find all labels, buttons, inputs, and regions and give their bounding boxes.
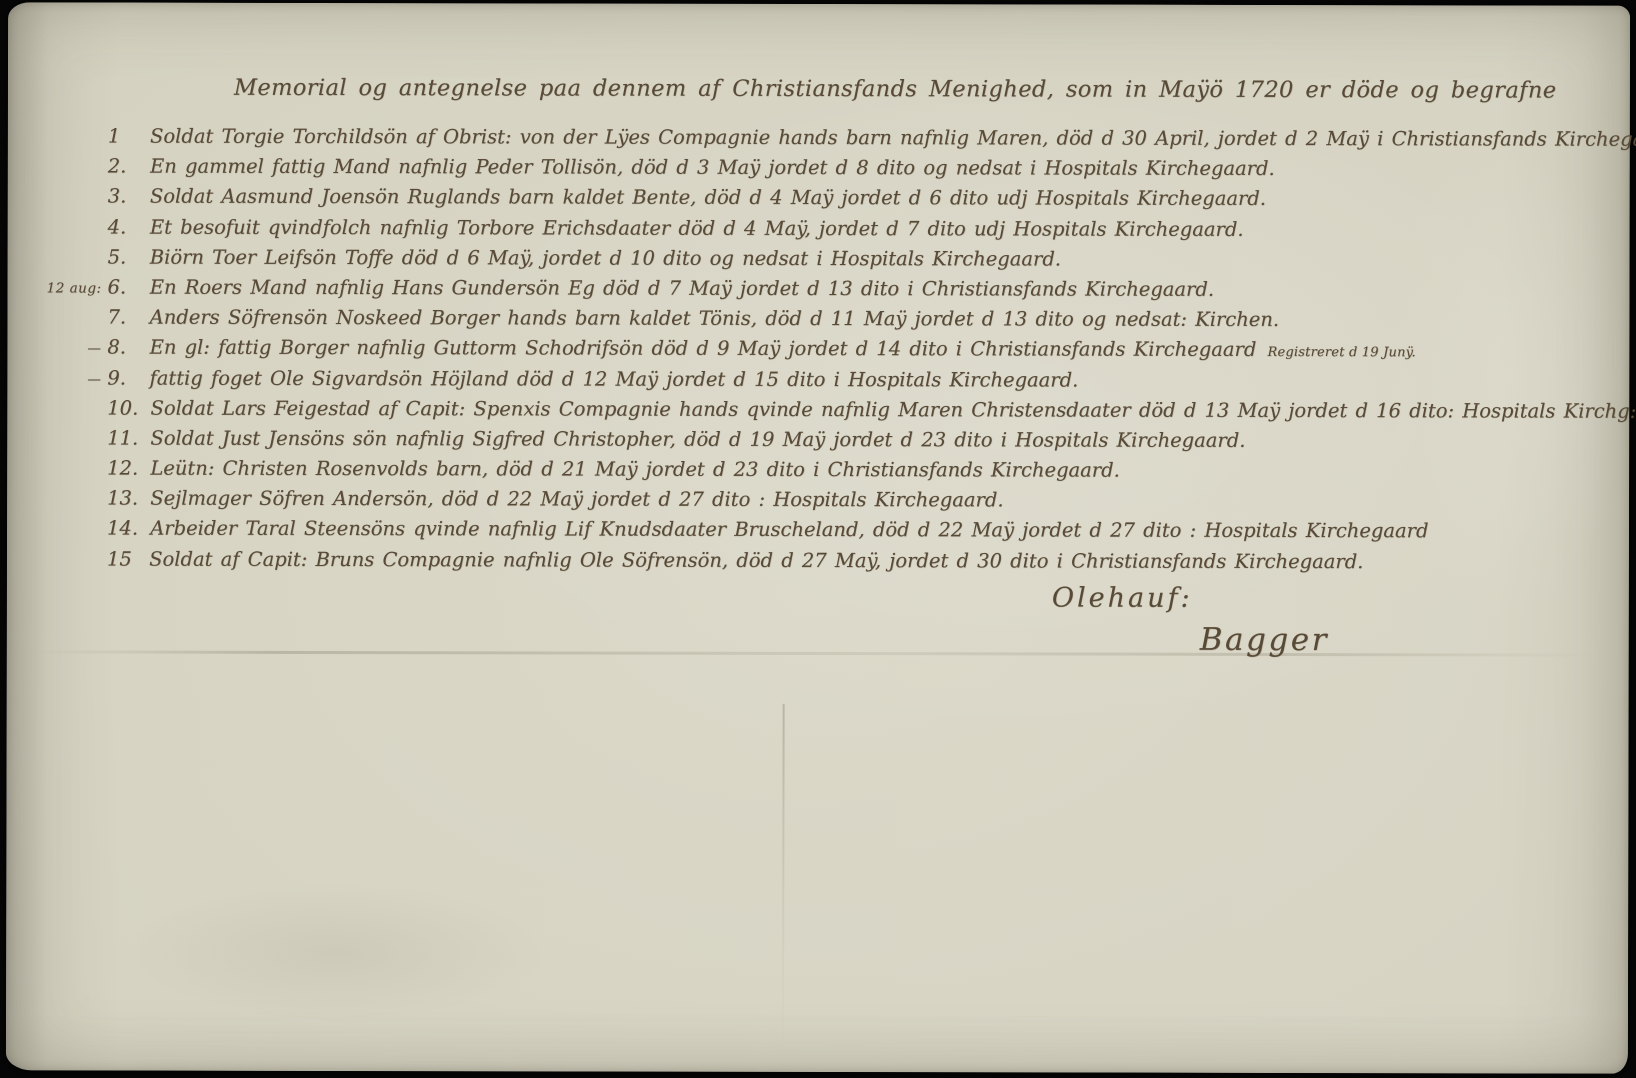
- entry-number: 9.: [107, 363, 137, 393]
- entry-text: Soldat Torgie Torchildsön af Obrist: von…: [150, 125, 1636, 151]
- entry-number: 12.: [107, 454, 138, 484]
- entry-row: 13. Sejlmager Söfren Andersön, död d 22 …: [107, 484, 1636, 517]
- signature-name: Bagger: [1200, 622, 1329, 658]
- entry-row: — 8. En gl: fattig Borger nafnlig Guttor…: [107, 333, 1636, 366]
- entry-row: 14. Arbeider Taral Steensöns qvinde nafn…: [107, 514, 1636, 547]
- entry-number: 3.: [108, 182, 138, 212]
- entry-row: 3. Soldat Aasmund Joensön Ruglands barn …: [108, 182, 1636, 215]
- entry-row: 12. Leütn: Christen Rosenvolds barn, död…: [107, 454, 1636, 487]
- entry-text: Leütn: Christen Rosenvolds barn, död d 2…: [150, 457, 1120, 482]
- entry-number: 2.: [108, 152, 138, 182]
- entry-number: 15: [107, 544, 137, 574]
- margin-dash: —: [43, 334, 105, 364]
- entry-text: En Roers Mand nafnlig Hans Gundersön Eg …: [150, 276, 1214, 301]
- document-content: Memorial og antegnelse paa dennem af Chr…: [6, 2, 1630, 1073]
- entry-text: Anders Söfrensön Noskeed Borger hands ba…: [150, 306, 1279, 331]
- entry-number: 10.: [107, 393, 138, 423]
- entry-text: Soldat Lars Feigestad af Capit: Spenxis …: [150, 396, 1636, 422]
- entries-list: 1 Soldat Torgie Torchildsön af Obrist: v…: [107, 122, 1636, 578]
- entry-number: 5.: [108, 242, 138, 272]
- entry-text: Soldat Aasmund Joensön Ruglands barn kal…: [150, 185, 1266, 210]
- entry-number: 7.: [107, 303, 137, 333]
- entry-text: Soldat Just Jensöns sön nafnlig Sigfred …: [150, 426, 1245, 451]
- entry-row: — 9. fattig foget Ole Sigvardsön Höjland…: [107, 363, 1636, 396]
- entry-row: 2. En gammel fattig Mand nafnlig Peder T…: [108, 152, 1636, 185]
- margin-dash: —: [43, 364, 105, 394]
- document-paper: Memorial og antegnelse paa dennem af Chr…: [6, 2, 1630, 1073]
- entry-number: 6.: [107, 272, 137, 302]
- entry-number: 11.: [107, 423, 138, 453]
- entry-text: Et besofuit qvindfolch nafnlig Torbore E…: [150, 215, 1244, 240]
- entry-row: 11. Soldat Just Jensöns sön nafnlig Sigf…: [107, 423, 1636, 456]
- entry-text: Sejlmager Söfren Andersön, död d 22 Maÿ …: [150, 487, 1003, 512]
- signature-block: Olehauf: Bagger: [1052, 582, 1329, 658]
- document-title: Memorial og antegnelse paa dennem af Chr…: [234, 75, 1557, 104]
- entry-text: Biörn Toer Leifsön Toffe död d 6 Maÿ, jo…: [150, 245, 1061, 270]
- entry-text: En gammel fattig Mand nafnlig Peder Toll…: [150, 155, 1275, 180]
- entry-number: 1: [108, 122, 138, 152]
- entry-row: 15 Soldat af Capit: Bruns Compagnie nafn…: [107, 544, 1636, 577]
- entry-text: fattig foget Ole Sigvardsön Höjland död …: [150, 366, 1079, 391]
- photo-background: Memorial og antegnelse paa dennem af Chr…: [0, 0, 1636, 1078]
- entry-row: 10. Soldat Lars Feigestad af Capit: Spen…: [107, 393, 1636, 426]
- entry-text: Soldat af Capit: Bruns Compagnie nafnlig…: [149, 547, 1363, 573]
- entry-text: Arbeider Taral Steensöns qvinde nafnlig …: [150, 517, 1428, 543]
- entry-row: 4. Et besofuit qvindfolch nafnlig Torbor…: [108, 212, 1636, 245]
- entry-row: 5. Biörn Toer Leifsön Toffe död d 6 Maÿ,…: [108, 242, 1636, 275]
- entry-number: 8.: [107, 333, 137, 363]
- entry-row: 7. Anders Söfrensön Noskeed Borger hands…: [107, 303, 1636, 336]
- entry-row: 1 Soldat Torgie Torchildsön af Obrist: v…: [108, 122, 1636, 155]
- entry-number: 4.: [108, 212, 138, 242]
- entry-number: 14.: [107, 514, 138, 544]
- margin-note-date: 12 aug:: [43, 273, 105, 303]
- entry-side-note: Registreret d 19 Junÿ.: [1268, 345, 1416, 360]
- entry-text: En gl: fattig Borger nafnlig Guttorm Sch…: [150, 336, 1257, 361]
- signature-attestation: Olehauf:: [1052, 582, 1329, 614]
- entry-row: 12 aug: 6. En Roers Mand nafnlig Hans Gu…: [107, 272, 1636, 305]
- entry-number: 13.: [107, 484, 138, 514]
